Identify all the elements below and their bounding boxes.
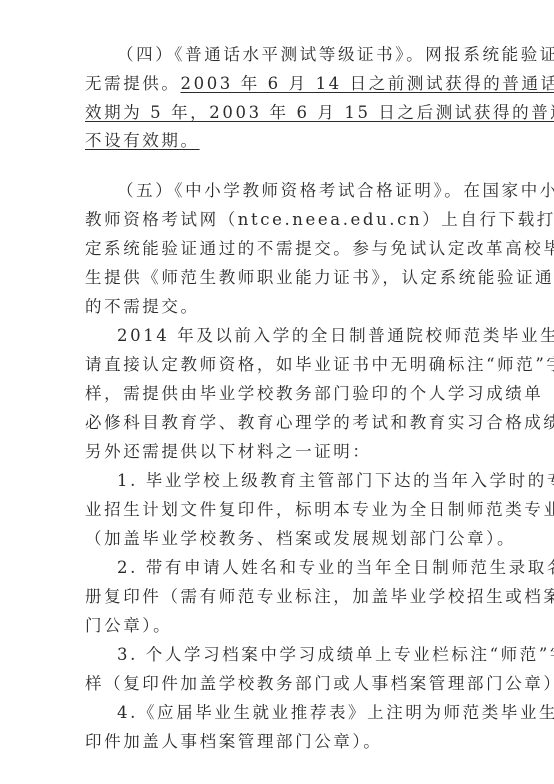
underlined-text: 不设有效期。 [85, 131, 200, 150]
paragraph-2014-line-4: 必修科目教育学、教育心理学的考试和教育实习合格成绩）， [85, 413, 471, 433]
text-segment: 无需提供。 [85, 74, 181, 93]
paragraph-4-line-4: 不设有效期。 [85, 131, 471, 151]
item-1-line-3: （加盖毕业学校教务、档案或发展规划部门公章）。 [85, 529, 471, 549]
paragraph-4-line-1: （四）《普通话水平测试等级证书》。网报系统能验证的 [117, 45, 471, 65]
text-segment: （四）《普通话水平测试等级证书》。网报系统能验证的 [117, 45, 554, 64]
item-2-line-1: 2. 带有申请人姓名和专业的当年全日制师范生录取名 [117, 558, 471, 578]
item-1-line-1: 1. 毕业学校上级教育主管部门下达的当年入学时的专 [117, 471, 471, 491]
underlined-text: 2003 年 6 月 14 日之前测试获得的普通话证书有 [181, 74, 554, 93]
item-2-line-2: 册复印件（需有师范专业标注，加盖毕业学校招生或档案部 [85, 587, 471, 607]
paragraph-2014-line-3: 样，需提供由毕业学校教务部门验印的个人学习成绩单（有 [85, 384, 471, 404]
paragraph-5-line-4: 生提供《师范生教师职业能力证书》，认定系统能验证通过 [85, 268, 471, 288]
paragraph-2014-line-5: 另外还需提供以下材料之一证明： [85, 442, 471, 462]
paragraph-4-line-2: 无需提供。2003 年 6 月 14 日之前测试获得的普通话证书有 [85, 74, 471, 94]
paragraph-5-line-5: 的不需提交。 [85, 297, 471, 317]
item-2-line-3: 门公章）。 [85, 616, 471, 636]
document-page: （四）《普通话水平测试等级证书》。网报系统能验证的 无需提供。2003 年 6 … [0, 0, 554, 784]
item-4-line-2: 印件加盖人事档案管理部门公章）。 [85, 732, 471, 752]
paragraph-2014-line-2: 请直接认定教师资格，如毕业证书中无明确标注“师范”字 [85, 355, 471, 375]
paragraph-5-line-2: 教师资格考试网（ntce.neea.edu.cn）上自行下载打印，认 [85, 210, 471, 230]
paragraph-2014-line-1: 2014 年及以前入学的全日制普通院校师范类毕业生申 [117, 326, 471, 346]
item-1-line-2: 业招生计划文件复印件，标明本专业为全日制师范类专业 [85, 500, 471, 520]
item-3-line-1: 3. 个人学习档案中学习成绩单上专业栏标注“师范”字 [117, 645, 471, 665]
item-4-line-1: 4.《应届毕业生就业推荐表》上注明为师范类毕业生（复 [117, 703, 471, 723]
paragraph-5-line-3: 定系统能验证通过的不需提交。参与免试认定改革高校毕业 [85, 239, 471, 259]
paragraph-4-line-3: 效期为 5 年，2003 年 6 月 15 日之后测试获得的普通话证书 [85, 103, 471, 123]
paragraph-5-line-1: （五）《中小学教师资格考试合格证明》。在国家中小学 [117, 181, 471, 201]
item-3-line-2: 样（复印件加盖学校教务部门或人事档案管理部门公章）。 [85, 674, 471, 694]
underlined-text: 效期为 5 年，2003 年 6 月 15 日之后测试获得的普通话证书 [85, 103, 554, 122]
